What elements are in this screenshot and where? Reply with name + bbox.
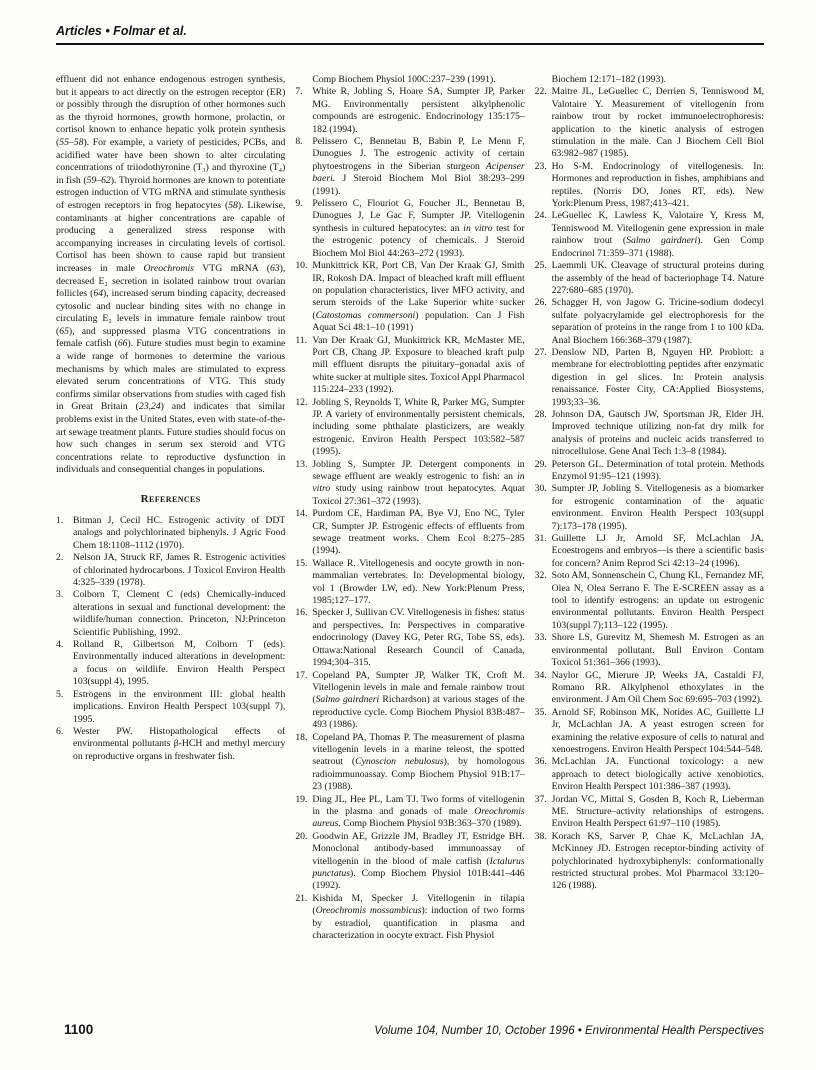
reference-text: Pelissero C, Flouriot G, Foucher JL, Ben… [312, 198, 524, 260]
column-right: Biochem 12:171–182 (1993). 22.Maitre JL,… [535, 74, 764, 1018]
reference-text: Jobling S, Sumpter JP. Detergent compone… [312, 459, 524, 509]
reference-item: 14.Purdom CE, Hardiman PA, Bye VJ, Eno N… [295, 508, 524, 558]
reference-text: Estrogens in the environment III: global… [73, 689, 285, 726]
reference-item: 3.Colborn T, Clement C (eds) Chemically-… [56, 589, 285, 639]
reference-number: 33. [535, 632, 552, 669]
reference-item: 15.Wallace R. Vitellogenesis and oocyte … [295, 558, 524, 608]
reference-item: 21.Kishida M, Specker J. Vitellogenin in… [295, 893, 524, 943]
reference-item: 34.Naylor GC, Mierure JP, Weeks JA, Cast… [535, 670, 764, 707]
reference-number: 10. [295, 260, 312, 334]
journal-page: Articles • Folmar et al. effluent did no… [0, 0, 816, 1070]
reference-text: LeGuellec K, Lawless K, Valotaire Y, Kre… [552, 210, 764, 260]
reference-item: 4.Rolland R, Gilbertson M, Colborn T (ed… [56, 639, 285, 689]
reference-item: 28.Johnson DA, Gautsch JW, Sportsman JR,… [535, 409, 764, 459]
reference-continuation: Biochem 12:171–182 (1993). [535, 74, 764, 86]
reference-text: Colborn T, Clement C (eds) Chemically-in… [73, 589, 285, 639]
reference-number: 7. [295, 86, 312, 136]
reference-number: 22. [535, 86, 552, 160]
reference-item: 19.Ding JL, Hee PL, Lam TJ. Two forms of… [295, 794, 524, 831]
reference-number: 32. [535, 570, 552, 632]
reference-text: Wallace R. Vitellogenesis and oocyte gro… [312, 558, 524, 608]
reference-number: 18. [295, 732, 312, 794]
reference-item: 9.Pelissero C, Flouriot G, Foucher JL, B… [295, 198, 524, 260]
reference-number: 27. [535, 347, 552, 409]
reference-text: McLachlan JA. Functional toxicology: a n… [552, 756, 764, 793]
reference-number: 5. [56, 689, 73, 726]
reference-number: 26. [535, 297, 552, 347]
reference-text: Goodwin AE, Grizzle JM, Bradley JT, Estr… [312, 831, 524, 893]
reference-item: 38.Korach KS, Sarver P, Chae K, McLachla… [535, 831, 764, 893]
reference-item: 11.Van Der Kraak GJ, Munkittrick KR, McM… [295, 335, 524, 397]
reference-number: 25. [535, 260, 552, 297]
body-paragraph: effluent did not enhance endogenous estr… [56, 74, 285, 477]
reference-number: 28. [535, 409, 552, 459]
text-columns: effluent did not enhance endogenous estr… [56, 74, 764, 1018]
reference-text: Korach KS, Sarver P, Chae K, McLachlan J… [552, 831, 764, 893]
reference-number: 29. [535, 459, 552, 484]
page-number: 1100 [64, 1022, 93, 1037]
reference-number: 9. [295, 198, 312, 260]
reference-number: 35. [535, 707, 552, 757]
reference-text: Ho S-M. Endocrinology of vitellogenesis.… [552, 161, 764, 211]
reference-item: 24.LeGuellec K, Lawless K, Valotaire Y, … [535, 210, 764, 260]
reference-item: 30.Sumpter JP, Jobling S. Vitellogenesis… [535, 483, 764, 533]
reference-item: 25.Laemmli UK. Cleavage of structural pr… [535, 260, 764, 297]
reference-item: 27.Denslow ND, Parten B, Nguyen HP. Prob… [535, 347, 764, 409]
reference-item: 33.Shore LS, Gurevitz M, Shemesh M. Estr… [535, 632, 764, 669]
reference-text: Naylor GC, Mierure JP, Weeks JA, Castald… [552, 670, 764, 707]
reference-item: 10.Munkittrick KR, Port CB, Van Der Kraa… [295, 260, 524, 334]
reference-number: 1. [56, 515, 73, 552]
reference-text: Sumpter JP, Jobling S. Vitellogenesis as… [552, 483, 764, 533]
reference-item: 7.White R, Jobling S, Hoare SA, Sumpter … [295, 86, 524, 136]
journal-footer-line: Volume 104, Number 10, October 1996 • En… [374, 1025, 764, 1037]
running-head: Articles • Folmar et al. [56, 24, 764, 45]
reference-item: 22.Maitre JL, LeGuellec C, Derrien S, Te… [535, 86, 764, 160]
reference-text: Van Der Kraak GJ, Munkittrick KR, McMast… [312, 335, 524, 397]
reference-number: 23. [535, 161, 552, 211]
reference-item: 35.Arnold SF, Robinson MK, Notides AC, G… [535, 707, 764, 757]
reference-number: 14. [295, 508, 312, 558]
reference-number: 13. [295, 459, 312, 509]
reference-continuation: Comp Biochem Physiol 100C:237–239 (1991)… [295, 74, 524, 86]
reference-number: 6. [56, 726, 73, 763]
reference-text: White R, Jobling S, Hoare SA, Sumpter JP… [312, 86, 524, 136]
reference-item: 6.Wester PW. Histopathological effects o… [56, 726, 285, 763]
references-heading: References [56, 493, 285, 505]
reference-item: 13.Jobling S, Sumpter JP. Detergent comp… [295, 459, 524, 509]
reference-number: 37. [535, 794, 552, 831]
reference-text: Munkittrick KR, Port CB, Van Der Kraak G… [312, 260, 524, 334]
reference-number: 34. [535, 670, 552, 707]
reference-number: 24. [535, 210, 552, 260]
reference-text: Schagger H, von Jagow G. Tricine-sodium … [552, 297, 764, 347]
reference-number: 8. [295, 136, 312, 198]
reference-text: Soto AM, Sonnenschein C, Chung KL, Ferna… [552, 570, 764, 632]
reference-item: 8.Pelissero C, Bennetau B, Babin P, Le M… [295, 136, 524, 198]
reference-item: 29.Peterson GL. Determination of total p… [535, 459, 764, 484]
reference-number: 38. [535, 831, 552, 893]
column-left: effluent did not enhance endogenous estr… [56, 74, 285, 1018]
reference-number: 16. [295, 607, 312, 669]
reference-item: 37.Jordan VC, Mittal S, Gosden B, Koch R… [535, 794, 764, 831]
reference-text: Maitre JL, LeGuellec C, Derrien S, Tenni… [552, 86, 764, 160]
reference-item: 32.Soto AM, Sonnenschein C, Chung KL, Fe… [535, 570, 764, 632]
reference-item: 36.McLachlan JA. Functional toxicology: … [535, 756, 764, 793]
reference-item: 1.Bitman J, Cecil HC. Estrogenic activit… [56, 515, 285, 552]
reference-number: 36. [535, 756, 552, 793]
reference-text: Copeland PA, Thomas P. The measurement o… [312, 732, 524, 794]
reference-item: 18.Copeland PA, Thomas P. The measuremen… [295, 732, 524, 794]
reference-text: Jordan VC, Mittal S, Gosden B, Koch R, L… [552, 794, 764, 831]
reference-text: Rolland R, Gilbertson M, Colborn T (eds)… [73, 639, 285, 689]
reference-number: 17. [295, 670, 312, 732]
reference-text: Arnold SF, Robinson MK, Notides AC, Guil… [552, 707, 764, 757]
reference-item: 16.Specker J, Sullivan CV. Vitellogenesi… [295, 607, 524, 669]
reference-item: 31.Guillette LJ Jr, Arnold SF, McLachlan… [535, 533, 764, 570]
reference-number: 3. [56, 589, 73, 639]
reference-text: Copeland PA, Sumpter JP, Walker TK, Crof… [312, 670, 524, 732]
reference-item: 26.Schagger H, von Jagow G. Tricine-sodi… [535, 297, 764, 347]
reference-text: Specker J, Sullivan CV. Vitellogenesis i… [312, 607, 524, 669]
column-middle: Comp Biochem Physiol 100C:237–239 (1991)… [295, 74, 524, 1018]
reference-number: 19. [295, 794, 312, 831]
reference-text: Pelissero C, Bennetau B, Babin P, Le Men… [312, 136, 524, 198]
reference-text: Peterson GL. Determination of total prot… [552, 459, 764, 484]
reference-text: Purdom CE, Hardiman PA, Bye VJ, Eno NC, … [312, 508, 524, 558]
reference-text: Nelson JA, Struck RF, James R. Estrogeni… [73, 552, 285, 589]
reference-number: 21. [295, 893, 312, 943]
reference-item: 23.Ho S-M. Endocrinology of vitellogenes… [535, 161, 764, 211]
reference-text: Ding JL, Hee PL, Lam TJ. Two forms of vi… [312, 794, 524, 831]
reference-item: 17.Copeland PA, Sumpter JP, Walker TK, C… [295, 670, 524, 732]
reference-text: Laemmli UK. Cleavage of structural prote… [552, 260, 764, 297]
reference-item: 5.Estrogens in the environment III: glob… [56, 689, 285, 726]
reference-number: 20. [295, 831, 312, 893]
reference-text: Shore LS, Gurevitz M, Shemesh M. Estroge… [552, 632, 764, 669]
reference-text: Bitman J, Cecil HC. Estrogenic activity … [73, 515, 285, 552]
reference-text: Guillette LJ Jr, Arnold SF, McLachlan JA… [552, 533, 764, 570]
reference-number: 31. [535, 533, 552, 570]
reference-number: 11. [295, 335, 312, 397]
reference-text: Johnson DA, Gautsch JW, Sportsman JR, El… [552, 409, 764, 459]
reference-text: Jobling S, Reynolds T, White R, Parker M… [312, 397, 524, 459]
reference-item: 20.Goodwin AE, Grizzle JM, Bradley JT, E… [295, 831, 524, 893]
reference-number: 2. [56, 552, 73, 589]
reference-text: Denslow ND, Parten B, Nguyen HP. Problot… [552, 347, 764, 409]
reference-item: 2.Nelson JA, Struck RF, James R. Estroge… [56, 552, 285, 589]
reference-number: 30. [535, 483, 552, 533]
reference-item: 12.Jobling S, Reynolds T, White R, Parke… [295, 397, 524, 459]
reference-text: Kishida M, Specker J. Vitellogenin in ti… [312, 893, 524, 943]
reference-number: 12. [295, 397, 312, 459]
reference-number: 15. [295, 558, 312, 608]
reference-number: 4. [56, 639, 73, 689]
reference-text: Wester PW. Histopathological effects of … [73, 726, 285, 763]
